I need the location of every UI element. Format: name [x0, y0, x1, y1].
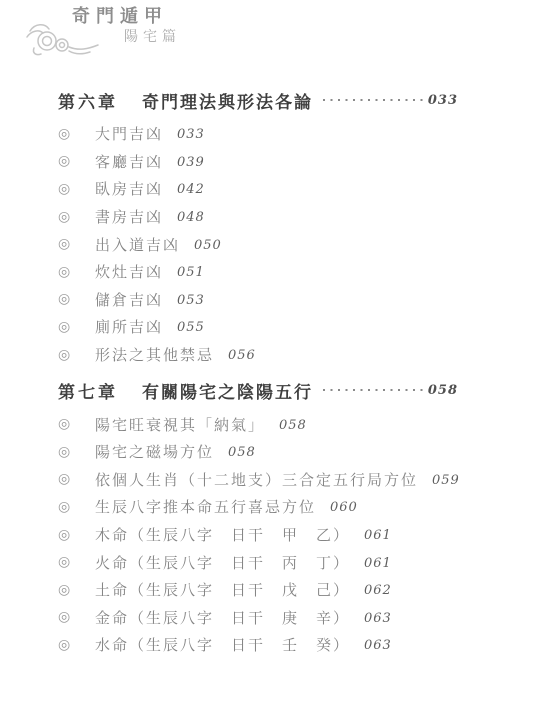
page-header: 奇門遁甲 陽宅篇 — [0, 0, 546, 64]
toc-item: ◎木命（生辰八字 日干 甲 乙）061 — [58, 521, 458, 549]
toc-item-page-number: 042 — [177, 180, 205, 197]
toc-item-title: 陽宅旺衰視其「納氣」 — [95, 414, 265, 435]
toc-item-title: 生辰八字推本命五行喜忌方位 — [95, 496, 316, 517]
book-page: 奇門遁甲 陽宅篇 第六章奇門理法與形法各論033◎大門吉凶033◎客廳吉凶039… — [0, 0, 546, 701]
toc-item-page-number: 062 — [364, 581, 392, 598]
double-circle-marker: ◎ — [58, 638, 95, 652]
toc-item: ◎儲倉吉凶053 — [58, 286, 458, 314]
toc-item: ◎臥房吉凶042 — [58, 175, 458, 203]
toc-item-title: 客廳吉凶 — [95, 151, 163, 172]
double-circle-marker: ◎ — [58, 445, 95, 459]
book-title: 奇門遁甲 — [72, 2, 168, 28]
toc-section: 第六章奇門理法與形法各論033◎大門吉凶033◎客廳吉凶039◎臥房吉凶042◎… — [58, 87, 458, 368]
toc-item: ◎生辰八字推本命五行喜忌方位060 — [58, 493, 458, 521]
double-circle-marker: ◎ — [58, 610, 95, 624]
toc-item-page-number: 055 — [177, 318, 205, 335]
double-circle-marker: ◎ — [58, 555, 95, 569]
toc-item-page-number: 053 — [177, 291, 205, 308]
toc-item: ◎金命（生辰八字 日干 庚 辛）063 — [58, 604, 458, 632]
toc-item-title: 出入道吉凶 — [95, 234, 180, 255]
toc-item-page-number: 050 — [194, 236, 222, 253]
toc-item-page-number: 048 — [177, 208, 205, 225]
chapter-page-number: 058 — [428, 383, 458, 398]
toc-item-page-number: 051 — [177, 263, 205, 280]
double-circle-marker: ◎ — [58, 292, 95, 306]
toc-item-page-number: 033 — [177, 125, 205, 142]
double-circle-marker: ◎ — [58, 182, 95, 196]
table-of-contents: 第六章奇門理法與形法各論033◎大門吉凶033◎客廳吉凶039◎臥房吉凶042◎… — [58, 87, 458, 659]
toc-item: ◎土命（生辰八字 日干 戊 己）062 — [58, 576, 458, 604]
dotted-leader — [323, 389, 424, 391]
double-circle-marker: ◎ — [58, 472, 95, 486]
toc-item: ◎出入道吉凶050 — [58, 230, 458, 258]
toc-item-list: ◎大門吉凶033◎客廳吉凶039◎臥房吉凶042◎書房吉凶048◎出入道吉凶05… — [58, 120, 458, 368]
toc-item: ◎大門吉凶033 — [58, 120, 458, 148]
toc-item-title: 臥房吉凶 — [95, 178, 163, 199]
toc-item-page-number: 056 — [228, 346, 256, 363]
toc-item: ◎炊灶吉凶051 — [58, 258, 458, 286]
double-circle-marker: ◎ — [58, 320, 95, 334]
toc-item-list: ◎陽宅旺衰視其「納氣」058◎陽宅之磁場方位058◎依個人生肖（十二地支）三合定… — [58, 410, 458, 658]
toc-item-page-number: 060 — [330, 498, 358, 515]
double-circle-marker: ◎ — [58, 127, 95, 141]
chapter-page-number: 033 — [428, 93, 458, 108]
toc-item-title: 土命（生辰八字 日干 戊 己） — [95, 579, 350, 600]
toc-item-title: 火命（生辰八字 日干 丙 丁） — [95, 552, 350, 573]
toc-item-page-number: 063 — [364, 636, 392, 653]
toc-item-page-number: 059 — [432, 471, 460, 488]
dotted-leader — [323, 99, 424, 101]
chapter-number: 第七章 — [58, 378, 118, 403]
double-circle-marker: ◎ — [58, 210, 95, 224]
toc-item-page-number: 058 — [279, 416, 307, 433]
double-circle-marker: ◎ — [58, 528, 95, 542]
toc-section: 第七章有關陽宅之陰陽五行058◎陽宅旺衰視其「納氣」058◎陽宅之磁場方位058… — [58, 377, 458, 658]
chapter-title: 奇門理法與形法各論 — [142, 88, 313, 113]
toc-item-title: 書房吉凶 — [95, 206, 163, 227]
toc-item-title: 炊灶吉凶 — [95, 261, 163, 282]
toc-item-title: 廁所吉凶 — [95, 316, 163, 337]
toc-item: ◎依個人生肖（十二地支）三合定五行局方位059 — [58, 466, 458, 494]
toc-item-page-number: 058 — [228, 443, 256, 460]
toc-item-page-number: 061 — [364, 526, 392, 543]
toc-item-page-number: 061 — [364, 554, 392, 571]
toc-item: ◎形法之其他禁忌056 — [58, 341, 458, 369]
toc-item-title: 儲倉吉凶 — [95, 289, 163, 310]
double-circle-marker: ◎ — [58, 154, 95, 168]
double-circle-marker: ◎ — [58, 500, 95, 514]
chapter-title: 有關陽宅之陰陽五行 — [142, 378, 313, 403]
double-circle-marker: ◎ — [58, 348, 95, 362]
toc-item: ◎客廳吉凶039 — [58, 148, 458, 176]
toc-item-title: 依個人生肖（十二地支）三合定五行局方位 — [95, 469, 418, 490]
toc-item-title: 大門吉凶 — [95, 123, 163, 144]
toc-item: ◎陽宅旺衰視其「納氣」058 — [58, 410, 458, 438]
toc-item-page-number: 063 — [364, 609, 392, 626]
double-circle-marker: ◎ — [58, 417, 95, 431]
toc-item-title: 金命（生辰八字 日干 庚 辛） — [95, 607, 350, 628]
toc-item-title: 形法之其他禁忌 — [95, 344, 214, 365]
double-circle-marker: ◎ — [58, 265, 95, 279]
toc-item-title: 水命（生辰八字 日干 壬 癸） — [95, 634, 350, 655]
toc-item-title: 陽宅之磁場方位 — [95, 441, 214, 462]
chapter-heading: 第七章有關陽宅之陰陽五行058 — [58, 377, 458, 403]
toc-item: ◎火命（生辰八字 日干 丙 丁）061 — [58, 548, 458, 576]
chapter-heading: 第六章奇門理法與形法各論033 — [58, 87, 458, 113]
toc-item: ◎書房吉凶048 — [58, 203, 458, 231]
double-circle-marker: ◎ — [58, 583, 95, 597]
toc-item-title: 木命（生辰八字 日干 甲 乙） — [95, 524, 350, 545]
chapter-number: 第六章 — [58, 88, 118, 113]
toc-item: ◎廁所吉凶055 — [58, 313, 458, 341]
double-circle-marker: ◎ — [58, 237, 95, 251]
toc-item-page-number: 039 — [177, 153, 205, 170]
book-subtitle: 陽宅篇 — [124, 26, 181, 46]
toc-item: ◎水命（生辰八字 日干 壬 癸）063 — [58, 631, 458, 659]
toc-item: ◎陽宅之磁場方位058 — [58, 438, 458, 466]
